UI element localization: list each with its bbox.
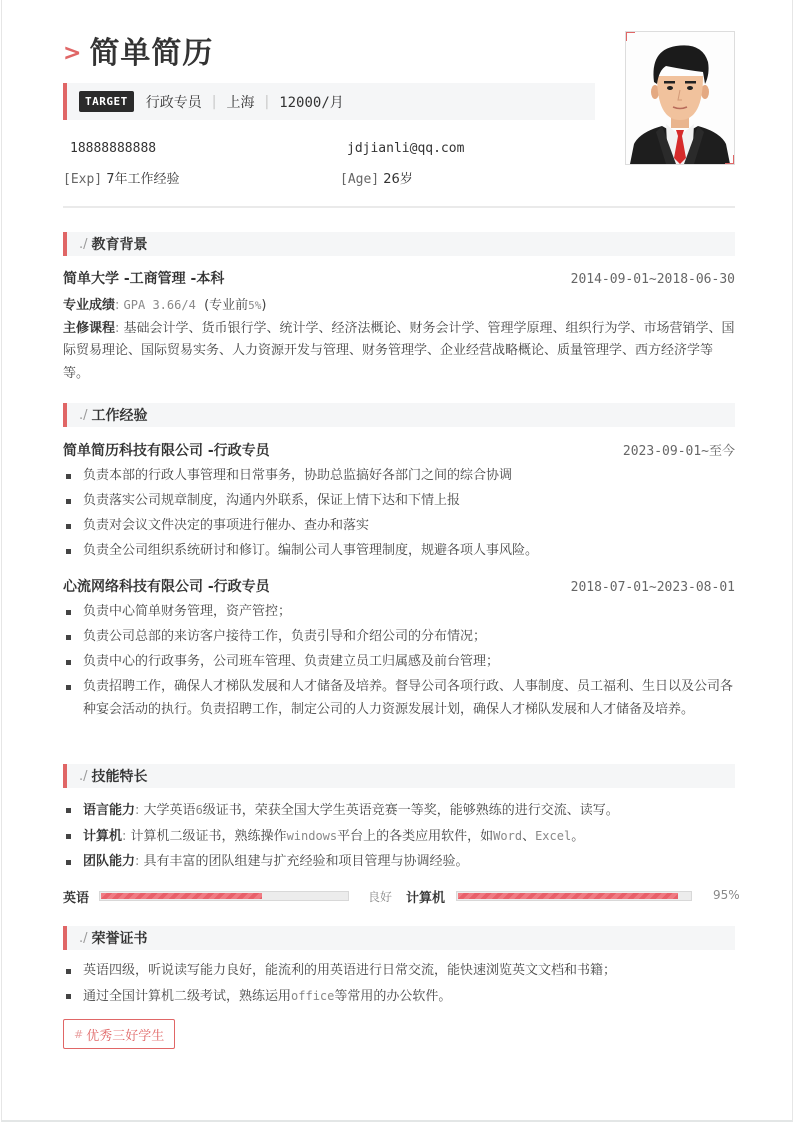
skill-bar-value: 95%: [713, 888, 740, 902]
skill-bar-value: 良好: [368, 888, 392, 905]
avatar-photo: [625, 31, 735, 165]
exp-value: 7年工作经验: [106, 172, 179, 187]
target-city: 上海: [226, 92, 254, 112]
skill-text: 计算机二级证书，熟练操作: [131, 829, 287, 844]
courses-list: 基础会计学、货币银行学、统计学、经济法概论、财务会计学、管理学原理、组织行为学、…: [63, 321, 735, 381]
email-address: jdjianli@qq.com: [347, 141, 464, 156]
honor-tag-label: 优秀三好学生: [86, 1025, 164, 1044]
resume-page: > 简单简历 TARGET 行政专员 | 上海 | 12000/月 188888…: [1, 0, 793, 1122]
list-item: 语言能力: 大学英语6级证书，荣获全国大学生英语竞赛一等奖，能够熟练的进行交流、…: [63, 799, 735, 823]
skills-list: 语言能力: 大学英语6级证书，荣获全国大学生英语竞赛一等奖，能够熟练的进行交流、…: [63, 799, 735, 876]
chevron-right-icon: >: [63, 41, 81, 66]
age-info: [Age] 26岁: [340, 168, 413, 187]
colon: :: [115, 298, 119, 313]
age-value: 26岁: [383, 172, 413, 187]
gpa-label: 专业成绩: [63, 298, 115, 313]
phone-number: 18888888888: [70, 141, 156, 156]
list-item: 团队能力: 具有丰富的团队组建与扩充经验和项目管理与协调经验。: [63, 851, 735, 874]
page-title: 简单简历: [89, 28, 213, 72]
section-prefix: ./: [79, 769, 88, 784]
section-title: 技能特长: [92, 766, 148, 786]
colon: :: [115, 321, 119, 336]
list-item: 负责招聘工作，确保人才梯队发展和人才储备及培养。督导公司各项行政、人事制度、员工…: [63, 676, 735, 721]
colon: :: [135, 854, 139, 869]
skill-label: 团队能力: [83, 854, 135, 869]
section-education: ./ 教育背景: [63, 232, 735, 256]
gpa-line: 专业成绩: GPA 3.66/4 (专业前5%): [63, 294, 735, 318]
target-salary: 12000/月: [279, 92, 344, 112]
job-entry-header: 心流网络科技有限公司 -行政专员 2018-07-01~2023-08-01: [63, 576, 735, 596]
header-divider: [63, 206, 735, 208]
education-date: 2014-09-01~2018-06-30: [571, 272, 735, 287]
colon: :: [135, 803, 139, 818]
skill-bar-label: 计算机: [406, 887, 445, 906]
honor-tag: # 优秀三好学生: [63, 1019, 175, 1049]
section-prefix: ./: [79, 237, 88, 252]
job-duties-list: 负责本部的行政人事管理和日常事务，协助总监搞好各部门之间的综合协调 负责落实公司…: [63, 465, 735, 565]
skill-text-mono: 6: [196, 803, 203, 817]
honor-text: 等常用的办公软件。: [334, 989, 451, 1004]
age-label: [Age]: [340, 172, 379, 187]
section-prefix: ./: [79, 408, 88, 423]
job-date: 2023-09-01~至今: [623, 440, 735, 459]
company-name: 简单简历科技有限公司 -行政专员: [63, 440, 270, 460]
skill-text: 级证书，荣获全国大学生英语竞赛一等奖，能够熟练的进行交流、读写。: [203, 803, 619, 818]
company-name: 心流网络科技有限公司 -行政专员: [63, 576, 270, 596]
list-item: 负责落实公司规章制度，沟通内外联系，保证上情下达和下情上报: [63, 490, 735, 513]
title-row: > 简单简历: [63, 28, 213, 72]
list-item: 通过全国计算机二级考试，熟练运用office等常用的办公软件。: [63, 985, 735, 1009]
list-item: 负责本部的行政人事管理和日常事务，协助总监搞好各部门之间的综合协调: [63, 465, 735, 488]
skill-progress-fill: [101, 893, 262, 899]
list-item: 负责中心的行政事务，公司班车管理、负责建立员工归属感及前台管理；: [63, 651, 735, 674]
list-item: 负责公司总部的来访客户接待工作，负责引导和介绍公司的分布情况；: [63, 626, 735, 649]
avatar-icon: [626, 32, 734, 164]
target-position: 行政专员: [146, 92, 202, 112]
skill-text-mono: windows: [287, 829, 338, 843]
skill-progress-bar: [99, 891, 349, 901]
section-title: 工作经验: [92, 405, 148, 425]
section-prefix: ./: [79, 931, 88, 946]
honor-text-mono: office: [291, 989, 334, 1003]
skill-label: 语言能力: [83, 803, 135, 818]
job-duties-list: 负责中心简单财务管理，资产管控； 负责公司总部的来访客户接待工作，负责引导和介绍…: [63, 601, 735, 724]
section-skills: ./ 技能特长: [63, 764, 735, 788]
skill-label: 计算机: [83, 829, 122, 844]
school-name: 简单大学 -工商管理 -本科: [63, 268, 224, 288]
rank-suffix: ): [261, 298, 266, 313]
separator: |: [264, 94, 269, 110]
hash-icon: #: [74, 1028, 83, 1041]
section-honors: ./ 荣誉证书: [63, 926, 735, 950]
skill-text: 平台上的各类应用软件，如: [337, 829, 493, 844]
honors-list: 英语四级，听说读写能力良好，能流利的用英语进行日常交流，能快速浏览英文文档和书籍…: [63, 960, 735, 1011]
list-item: 负责中心简单财务管理，资产管控；: [63, 601, 735, 624]
skill-bar-label: 英语: [63, 887, 89, 906]
education-details: 专业成绩: GPA 3.66/4 (专业前5%) 主修课程: 基础会计学、货币银…: [63, 294, 735, 385]
job-date: 2018-07-01~2023-08-01: [571, 580, 735, 595]
skill-progress-fill: [458, 893, 678, 899]
rank-value: 5%: [248, 299, 261, 312]
skill-bars: 英语 良好 计算机 95%: [63, 887, 735, 905]
skill-text: 具有丰富的团队组建与扩充经验和项目管理与协调经验。: [144, 854, 469, 869]
job-target-bar: TARGET 行政专员 | 上海 | 12000/月: [63, 83, 595, 120]
skill-progress-bar: [456, 891, 692, 901]
list-item: 计算机: 计算机二级证书，熟练操作windows平台上的各类应用软件，如Word…: [63, 825, 735, 849]
skill-text: 。: [571, 829, 584, 844]
skill-text: 、: [522, 829, 535, 844]
courses-line: 主修课程: 基础会计学、货币银行学、统计学、经济法概论、财务会计学、管理学原理、…: [63, 318, 735, 386]
education-entry-header: 简单大学 -工商管理 -本科 2014-09-01~2018-06-30: [63, 268, 735, 288]
photo-corner-decoration: [625, 31, 635, 41]
experience-info: [Exp] 7年工作经验: [63, 168, 180, 187]
gpa-value: GPA 3.66/4: [124, 298, 196, 312]
courses-label: 主修课程: [63, 321, 115, 336]
list-item: 负责全公司组织系统研讨和修订。编制公司人事管理制度，规避各项人事风险。: [63, 540, 735, 563]
section-work-experience: ./ 工作经验: [63, 403, 735, 427]
photo-corner-decoration: [725, 155, 735, 165]
section-title: 荣誉证书: [92, 928, 148, 948]
list-item: 负责对会议文件决定的事项进行催办、查办和落实: [63, 515, 735, 538]
rank-prefix: (专业前: [204, 298, 248, 313]
skill-text-mono: Word: [493, 829, 522, 843]
exp-label: [Exp]: [63, 172, 102, 187]
separator: |: [212, 94, 217, 110]
job-entry-header: 简单简历科技有限公司 -行政专员 2023-09-01~至今: [63, 440, 735, 460]
section-title: 教育背景: [92, 234, 148, 254]
honor-text: 通过全国计算机二级考试，熟练运用: [83, 989, 291, 1004]
target-badge: TARGET: [79, 91, 134, 112]
colon: :: [122, 829, 126, 844]
list-item: 英语四级，听说读写能力良好，能流利的用英语进行日常交流，能快速浏览英文文档和书籍…: [63, 960, 735, 983]
skill-text: 大学英语: [144, 803, 196, 818]
skill-text-mono: Excel: [535, 829, 571, 843]
